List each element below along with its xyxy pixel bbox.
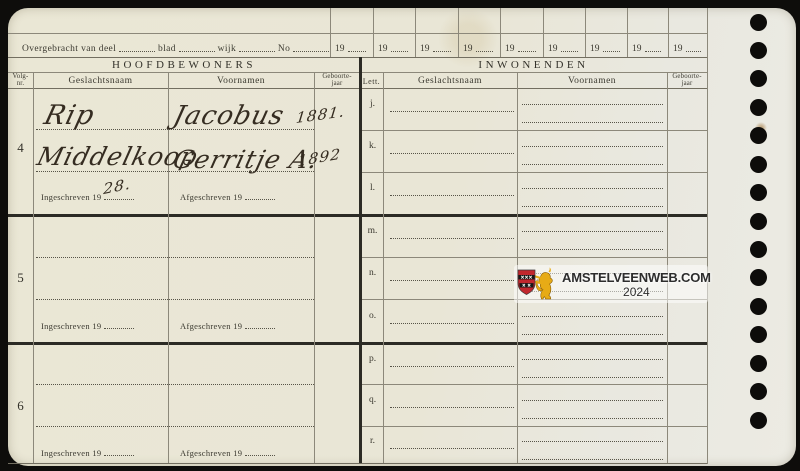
dotted-writing-line [36, 384, 314, 385]
dotted-writing-line [390, 448, 514, 449]
rule-line [458, 8, 459, 57]
letter-label: p. [362, 354, 383, 364]
rule-line [8, 33, 707, 34]
year-cell: 19 [673, 39, 704, 54]
dotted-writing-line [603, 51, 621, 52]
binder-hole [750, 241, 767, 258]
letter-label: j. [362, 99, 383, 109]
dotted-writing-line [522, 164, 663, 165]
rule-line [373, 8, 374, 57]
dotted-writing-line [390, 111, 514, 112]
binder-hole [750, 213, 767, 230]
watermark: AMSTELVEENWEB.COM 2024 [514, 265, 708, 303]
dotted-writing-line [522, 400, 663, 401]
rule-line [707, 8, 708, 464]
dotted-writing-line [348, 51, 367, 52]
binder-hole [750, 127, 767, 144]
afgeschreven-row: Afgeschreven 19 [180, 448, 278, 458]
binder-hole [750, 156, 767, 173]
afgeschreven-row: Afgeschreven 19 [180, 192, 278, 202]
watermark-text: AMSTELVEENWEB.COM 2024 [562, 270, 711, 299]
dotted-writing-line [179, 51, 215, 52]
binder-hole [750, 269, 767, 286]
dotted-writing-line [293, 51, 329, 52]
binder-hole [750, 42, 767, 59]
letter-label: r. [362, 436, 383, 446]
dotted-writing-line [522, 206, 663, 207]
hoofdbewoners-section-title: HOOFDBEWONERS [8, 59, 360, 71]
dotted-writing-line [245, 455, 275, 456]
year-cell: 19 [463, 39, 496, 54]
dotted-writing-line [522, 377, 663, 378]
dotted-writing-line [522, 146, 663, 147]
dotted-writing-line [686, 51, 702, 52]
letter-label: o. [362, 311, 383, 321]
dotted-writing-line [522, 359, 663, 360]
letter-label: l. [362, 183, 383, 193]
column-header-geslachtsnaam-inwonenden: Geslachtsnaam [383, 76, 517, 86]
no-label: No [278, 44, 290, 54]
binder-hole [750, 70, 767, 87]
rule-line [8, 463, 707, 464]
year-cell: 19 [548, 39, 581, 54]
letter-label: n. [362, 268, 383, 278]
year-cell: 19 [420, 39, 454, 54]
year-cell: 19 [632, 39, 664, 54]
dotted-writing-line [522, 122, 663, 123]
dotted-writing-line [522, 316, 663, 317]
afgeschreven-row: Afgeschreven 19 [180, 321, 278, 331]
dotted-writing-line [522, 249, 663, 250]
dotted-writing-line [104, 455, 134, 456]
resident-block-5: 5 Ingeschreven 19 Afgeschreven 19 [8, 214, 360, 342]
column-header-voornamen: Voornamen [168, 76, 314, 86]
rule-line [415, 8, 416, 57]
watermark-year-text: 2024 [623, 285, 650, 299]
dotted-writing-line [390, 238, 514, 239]
dotted-writing-line [36, 299, 314, 300]
rule-line [8, 57, 707, 58]
dotted-writing-line [645, 51, 662, 52]
column-header-geboortejaar: Geboorte-jaar [314, 73, 360, 88]
dotted-writing-line [36, 257, 314, 258]
binder-hole [750, 355, 767, 372]
dotted-writing-line [390, 323, 514, 324]
letter-label: q. [362, 395, 383, 405]
watermark-site-text: AMSTELVEENWEB.COM [562, 270, 711, 285]
lodger-row: k. [360, 130, 707, 172]
lodger-row: m. [360, 214, 707, 257]
lodger-row: l. [360, 172, 707, 214]
dotted-writing-line [518, 51, 537, 52]
lodger-row: o. [360, 299, 707, 342]
binder-hole [750, 184, 767, 201]
firstname-entry: Jacobus [170, 102, 287, 132]
dotted-writing-line [522, 188, 663, 189]
surname-entry: Rip [41, 100, 98, 131]
binder-hole [750, 99, 767, 116]
letter-label: m. [362, 226, 383, 236]
rule-line [585, 8, 586, 57]
dotted-writing-line [239, 51, 275, 52]
dotted-writing-line [245, 199, 275, 200]
rule-line [627, 8, 628, 57]
year-cell: 19 [590, 39, 623, 54]
dotted-writing-line [522, 334, 663, 335]
lion [536, 268, 553, 300]
dotted-writing-line [391, 51, 409, 52]
blad-label: blad [158, 44, 176, 54]
column-header-volgnr: Volg-nr. [8, 73, 33, 88]
binder-hole [750, 383, 767, 400]
dotted-writing-line [104, 328, 134, 329]
dotted-writing-line [522, 418, 663, 419]
register-card: Overgebracht van deel blad wijk No 19 19… [8, 8, 796, 466]
dotted-writing-line [36, 426, 314, 427]
year-cell: 19 [505, 39, 539, 54]
column-header-geslachtsnaam: Geslachtsnaam [33, 76, 168, 86]
dotted-writing-line [390, 280, 514, 281]
amstelveen-arms-icon [516, 266, 560, 302]
dotted-writing-line [522, 459, 663, 460]
binder-hole [750, 298, 767, 315]
column-header-voornamen-inwonenden: Voornamen [517, 76, 667, 86]
dotted-writing-line [104, 199, 134, 200]
year-cell: 19 [335, 39, 369, 54]
dotted-writing-line [390, 195, 514, 196]
binder-hole [750, 326, 767, 343]
dotted-writing-line [390, 153, 514, 154]
dotted-writing-line [119, 51, 155, 52]
dotted-writing-line [522, 441, 663, 442]
volgnr-label: 5 [8, 270, 33, 286]
column-header-lett: Lett. [360, 77, 383, 86]
inwonenden-section-title: INWONENDEN [360, 59, 707, 71]
dotted-writing-line [522, 231, 663, 232]
lodger-row: q. [360, 384, 707, 426]
rule-line [543, 8, 544, 57]
letter-label: k. [362, 141, 383, 151]
birthyear-entry: 1881. [295, 103, 346, 127]
lodger-row: r. [360, 426, 707, 463]
binder-hole [750, 14, 767, 31]
binder-hole [750, 412, 767, 429]
transfer-label: Overgebracht van deel [22, 44, 116, 54]
dotted-writing-line [561, 51, 579, 52]
dotted-writing-line [476, 51, 494, 52]
wijk-label: wijk [218, 44, 237, 54]
volgnr-label: 4 [8, 140, 33, 156]
ingeschreven-row: Ingeschreven 19 [41, 321, 137, 331]
shield [518, 270, 535, 295]
dotted-writing-line [390, 366, 514, 367]
rule-line [668, 8, 669, 57]
rule-line [500, 8, 501, 57]
volgnr-label: 6 [8, 398, 33, 414]
dotted-writing-line [390, 407, 514, 408]
dotted-writing-line [433, 51, 452, 52]
dotted-writing-line [245, 328, 275, 329]
resident-block-6: 6 Ingeschreven 19 Afgeschreven 19 [8, 342, 360, 463]
year-cell: 19 [378, 39, 411, 54]
lodger-row: j. [360, 88, 707, 130]
lodger-row: p. [360, 342, 707, 384]
ingeschreven-row: Ingeschreven 19 [41, 448, 137, 458]
scanned-register-page: Overgebracht van deel blad wijk No 19 19… [0, 0, 800, 471]
resident-block-4: 4 Rip Jacobus 1881. Middelkoop Gerritje … [8, 88, 360, 214]
transfer-row: Overgebracht van deel blad wijk No [22, 39, 332, 54]
dotted-writing-line [522, 104, 663, 105]
column-header-geboortejaar-inwonenden: Geboorte-jaar [667, 73, 707, 88]
